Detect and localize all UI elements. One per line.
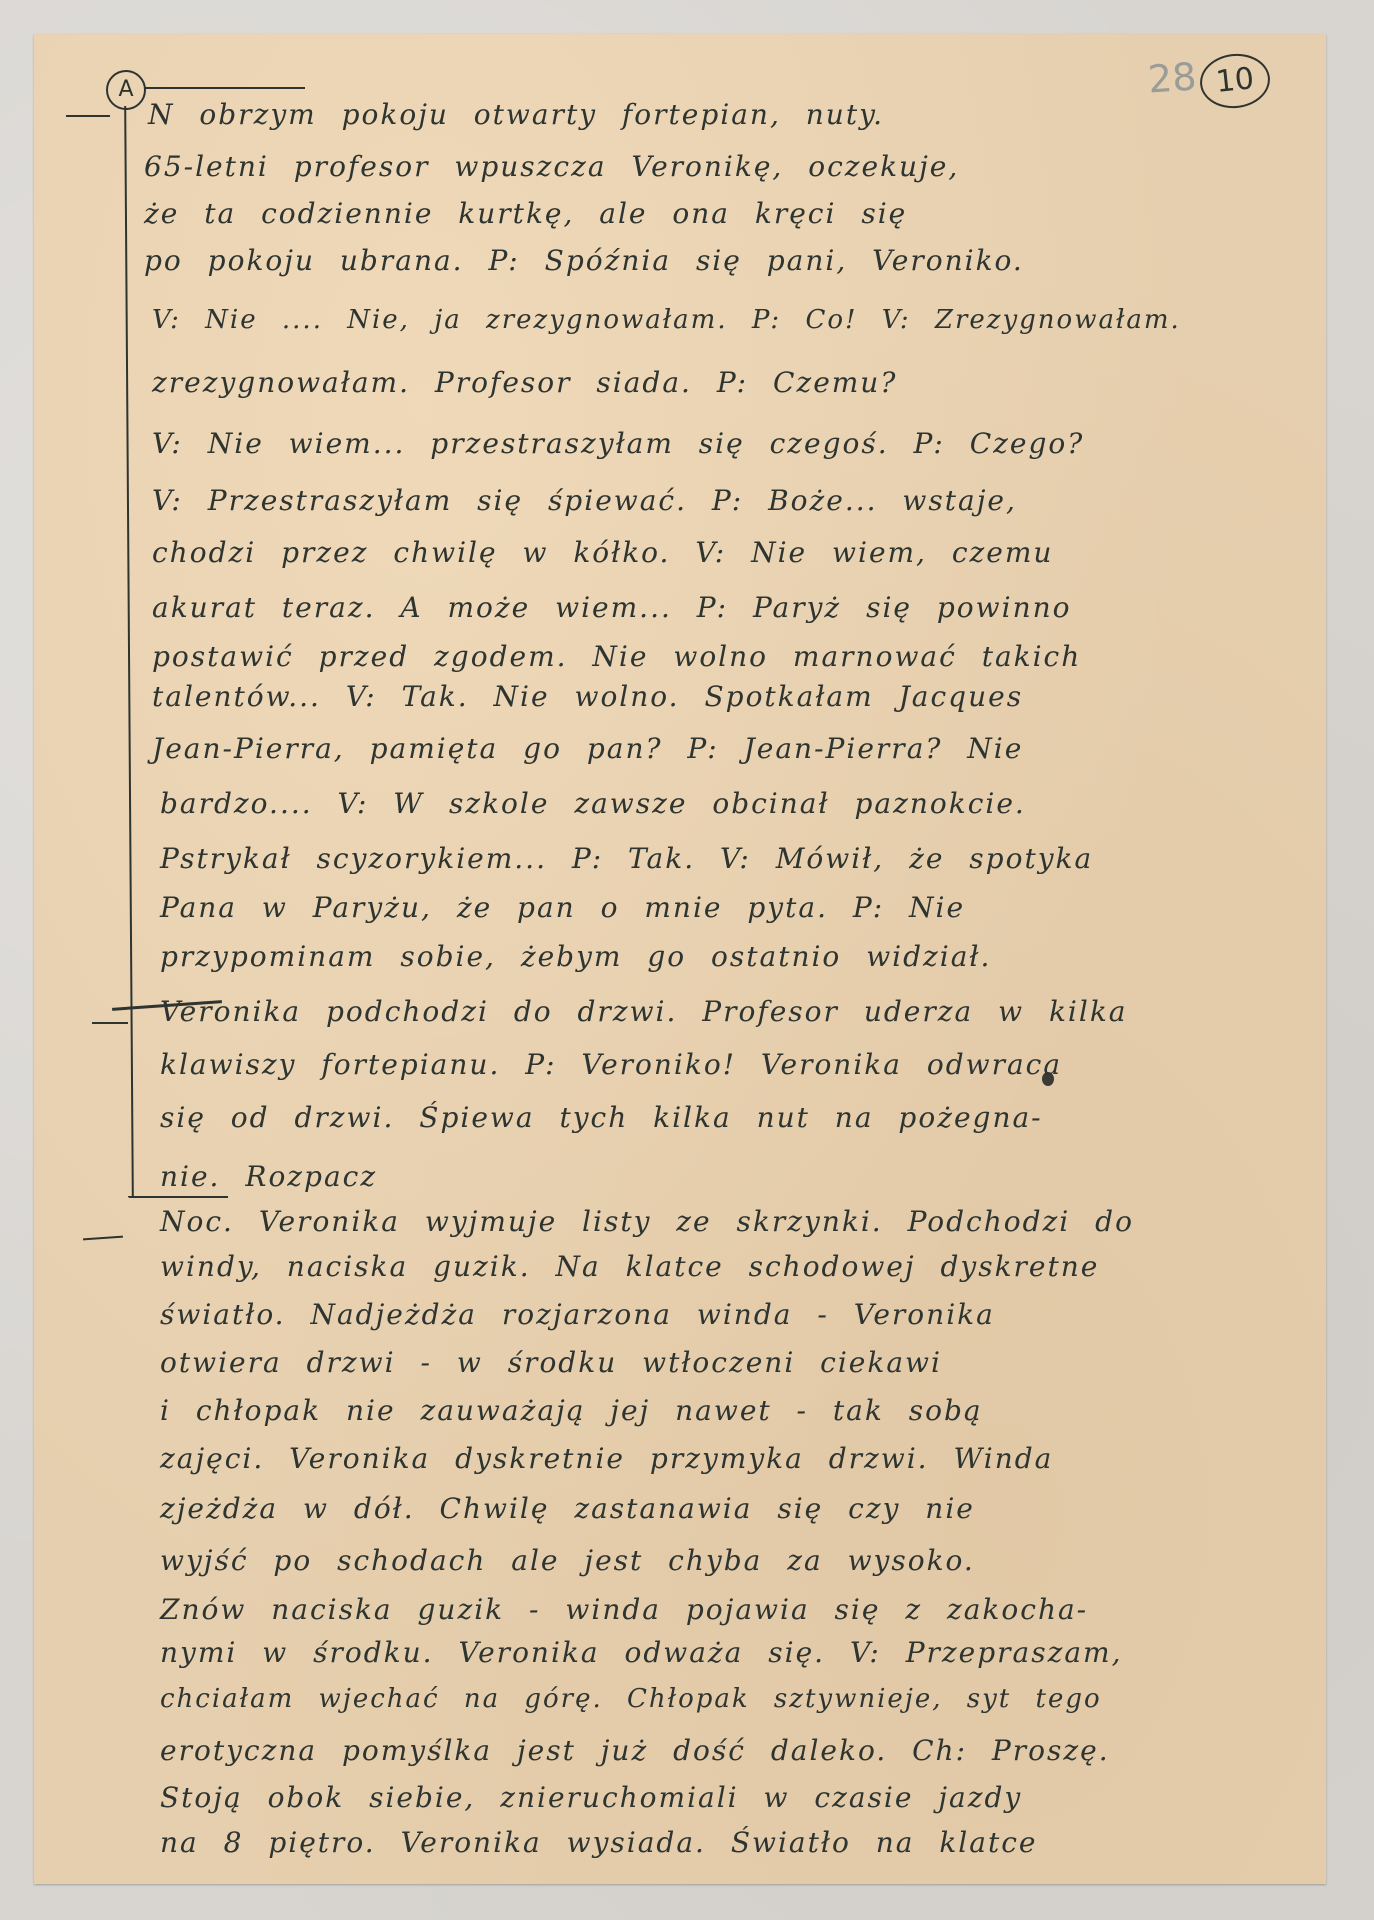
line-24: światło. Nadjeżdża rozjarzona winda - Ve… bbox=[160, 1298, 995, 1331]
pencil-page-number: 28 bbox=[1147, 54, 1198, 101]
line-11: postawić przed zgodem. Nie wolno marnowa… bbox=[152, 640, 1081, 673]
line-7: V: Nie wiem... przestraszyłam się czegoś… bbox=[152, 427, 1084, 460]
line-29: wyjść po schodach ale jest chyba za wyso… bbox=[160, 1544, 975, 1577]
line-25: otwiera drzwi - w środku wtłoczeni cieka… bbox=[160, 1346, 942, 1379]
line-5: V: Nie .... Nie, ja zrezygnowałam. P: Co… bbox=[152, 305, 1181, 335]
line-1: N obrzym pokoju otwarty fortepian, nuty. bbox=[148, 98, 884, 131]
line-10: akurat teraz. A może wiem... P: Paryż si… bbox=[152, 591, 1072, 624]
bracket-top-line bbox=[145, 87, 305, 89]
bracket-bottom-line bbox=[128, 1196, 228, 1198]
line-13: Jean-Pierra, pamięta go pan? P: Jean-Pie… bbox=[152, 732, 1023, 765]
line-12: talentów... V: Tak. Nie wolno. Spotkałam… bbox=[152, 680, 1023, 713]
line-20: się od drzwi. Śpiewa tych kilka nut na p… bbox=[160, 1101, 1043, 1134]
line-3: że ta codziennie kurtkę, ale ona kręci s… bbox=[144, 197, 907, 230]
line-27: zajęci. Veronika dyskretnie przymyka drz… bbox=[160, 1442, 1053, 1475]
margin-dash-top bbox=[66, 115, 110, 117]
line-33: erotyczna pomyślka jest już dość daleko.… bbox=[160, 1734, 1110, 1767]
line-2: 65-letni profesor wpuszcza Veronikę, ocz… bbox=[144, 150, 959, 183]
line-19: klawiszy fortepianu. P: Veroniko! Veroni… bbox=[160, 1048, 1062, 1081]
line-26: i chłopak nie zauważają jej nawet - tak … bbox=[160, 1394, 983, 1427]
line-18: Veronika podchodzi do drzwi. Profesor ud… bbox=[160, 995, 1127, 1028]
line-6: zrezygnowałam. Profesor siada. P: Czemu? bbox=[152, 366, 897, 399]
line-15: Pstrykał scyzorykiem... P: Tak. V: Mówił… bbox=[160, 842, 1093, 875]
line-21: nie. Rozpacz bbox=[160, 1160, 377, 1193]
line-23: windy, naciska guzik. Na klatce schodowe… bbox=[160, 1250, 1099, 1283]
line-8: V: Przestraszyłam się śpiewać. P: Boże..… bbox=[152, 484, 1017, 517]
margin-dash-middle bbox=[92, 1022, 128, 1024]
line-32: chciałam wjechać na górę. Chłopak sztywn… bbox=[160, 1684, 1102, 1714]
line-9: chodzi przez chwilę w kółko. V: Nie wiem… bbox=[152, 536, 1053, 569]
line-4: po pokoju ubrana. P: Spóźnia się pani, V… bbox=[144, 244, 1024, 277]
line-30: Znów naciska guzik - winda pojawia się z… bbox=[160, 1593, 1088, 1626]
line-16: Pana w Paryżu, że pan o mnie pyta. P: Ni… bbox=[160, 891, 965, 924]
line-14: bardzo.... V: W szkole zawsze obcinał pa… bbox=[160, 787, 1026, 820]
line-17: przypominam sobie, żebym go ostatnio wid… bbox=[160, 940, 991, 973]
line-34: Stoją obok siebie, znieruchomiali w czas… bbox=[160, 1781, 1022, 1814]
line-28: zjeżdża w dół. Chwilę zastanawia się czy… bbox=[160, 1492, 975, 1525]
line-22: Noc. Veronika wyjmuje listy ze skrzynki.… bbox=[160, 1205, 1134, 1238]
section-mark-a: A bbox=[106, 70, 146, 110]
line-35: na 8 piętro. Veronika wysiada. Światło n… bbox=[160, 1826, 1037, 1859]
line-31: nymi w środku. Veronika odważa się. V: P… bbox=[160, 1636, 1123, 1669]
